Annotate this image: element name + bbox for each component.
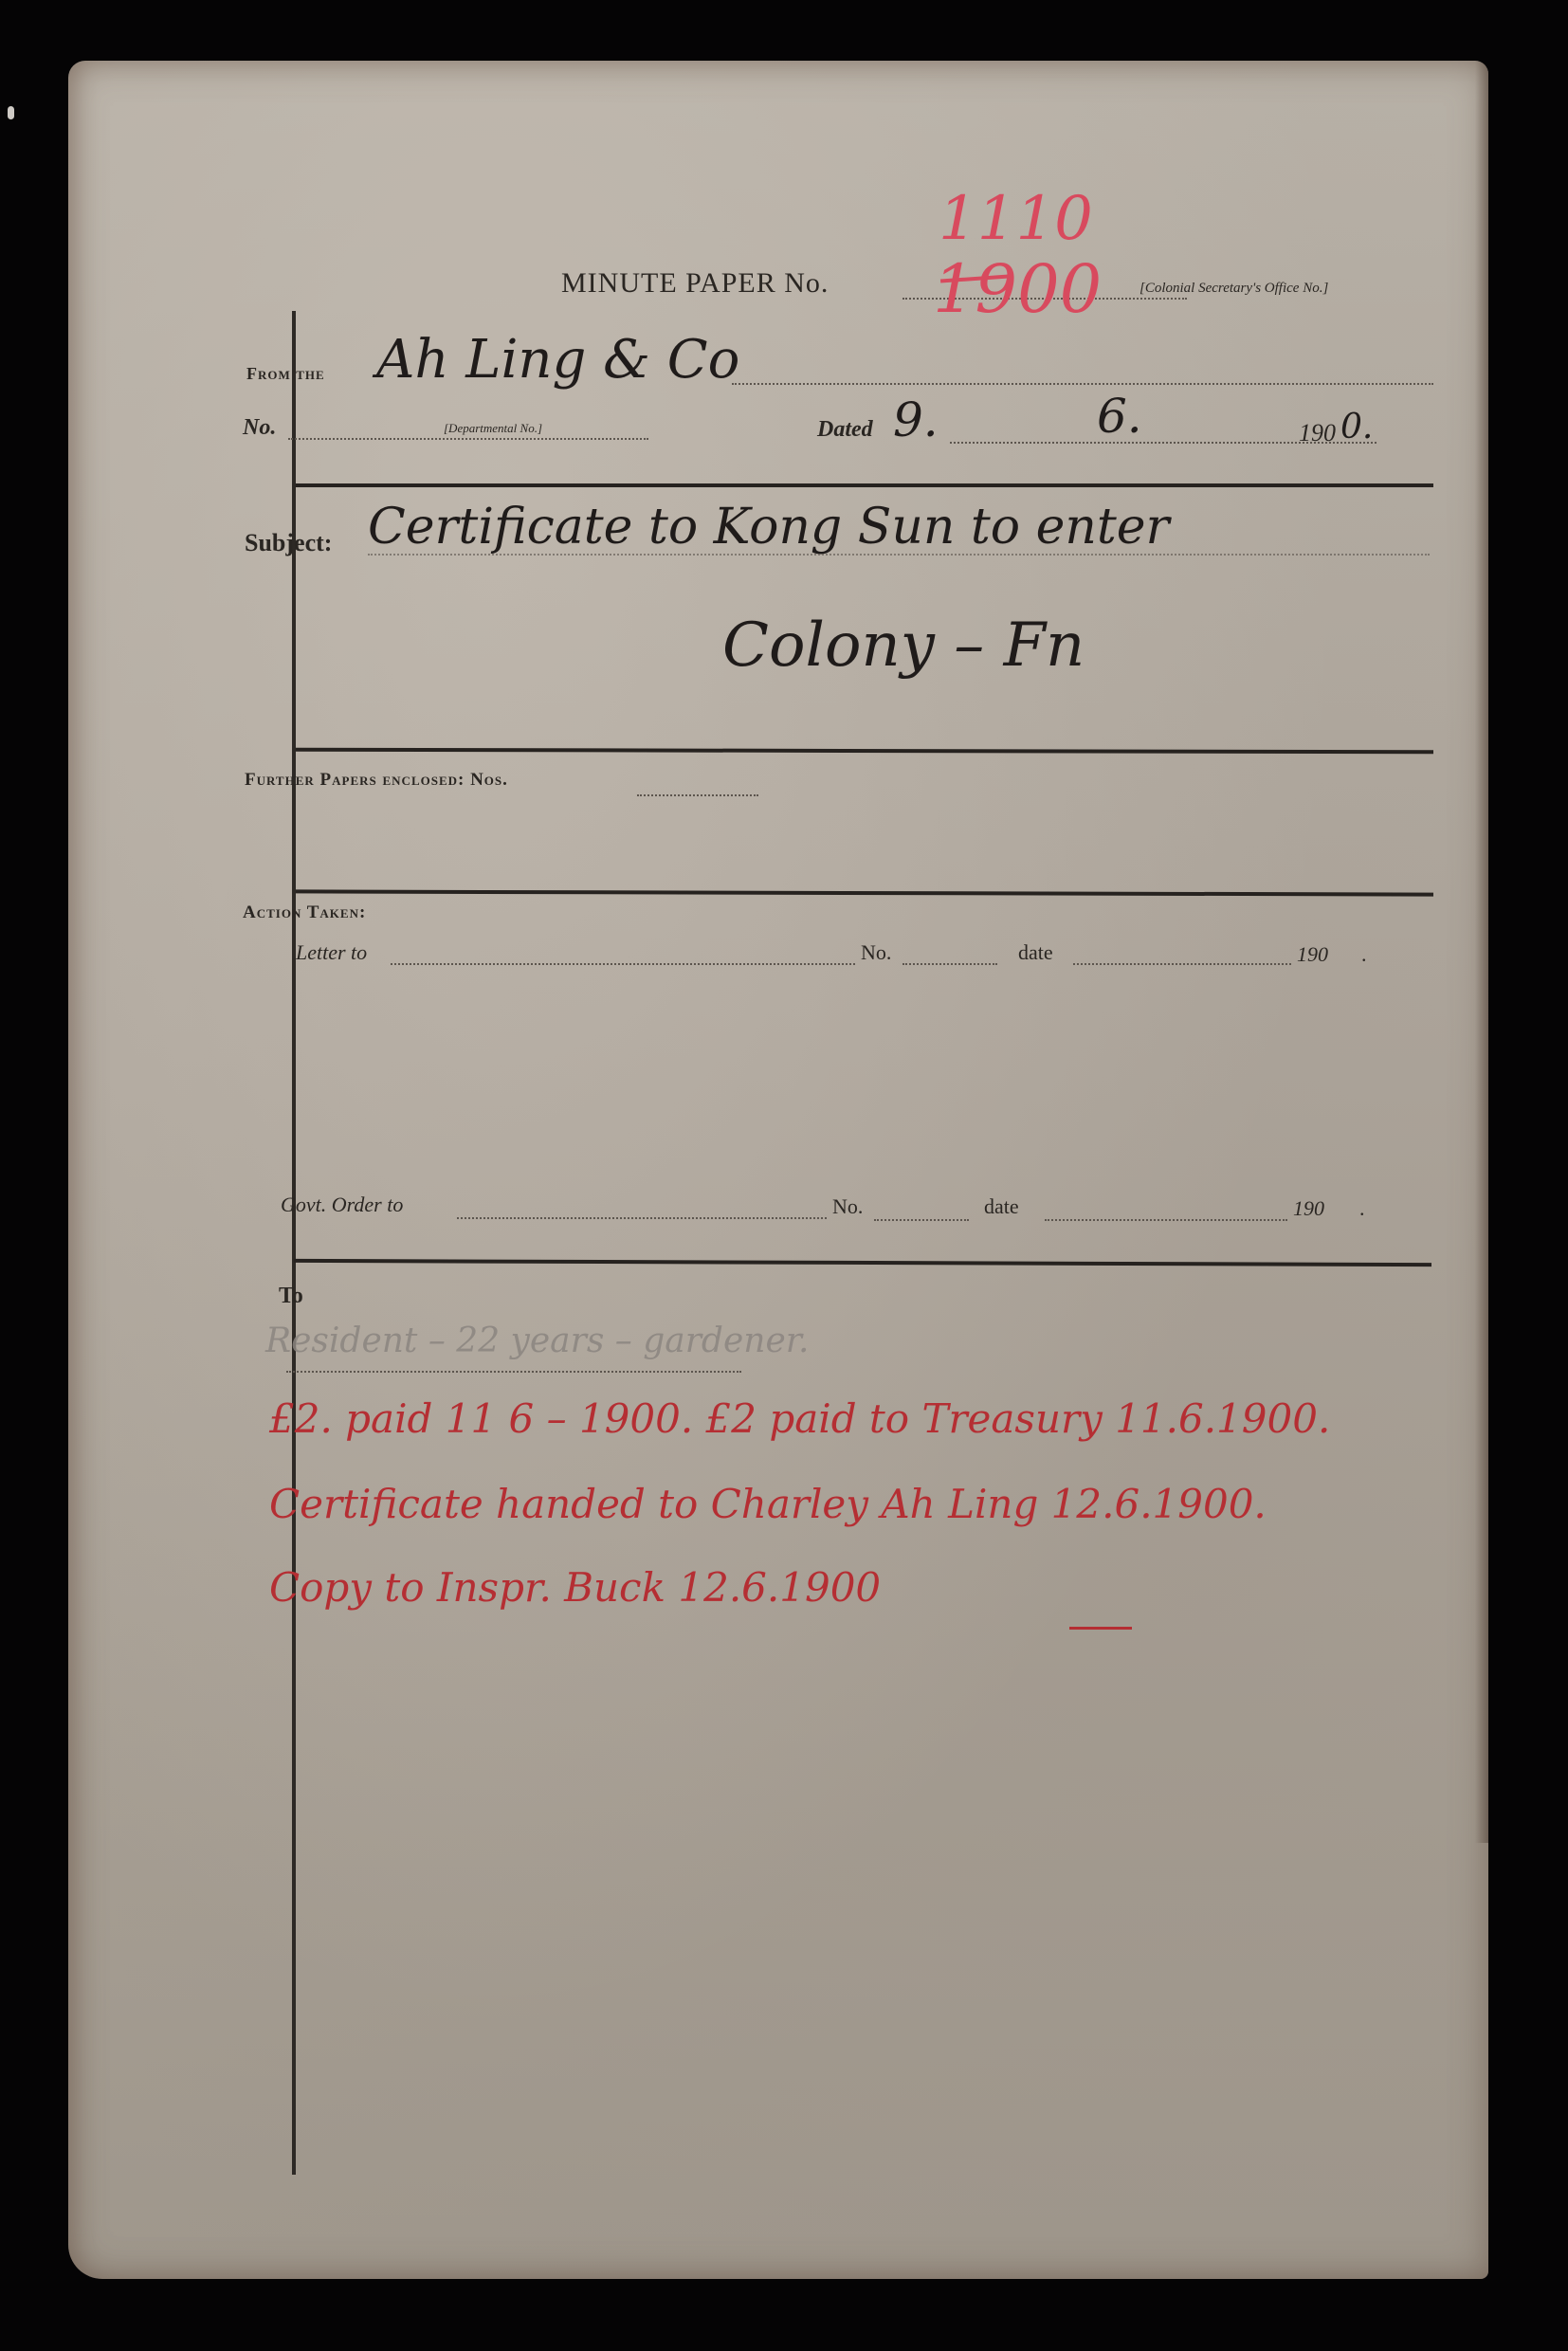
govt-order-year: 190: [1293, 1196, 1324, 1221]
from-line: [732, 383, 1433, 385]
dated-year-prefix: 190: [1299, 419, 1336, 447]
subject-line-2: Colony – Fn: [722, 611, 1085, 681]
govt-order-line: [457, 1217, 827, 1219]
letter-year: 190: [1297, 942, 1328, 967]
govt-order-date-line: [1045, 1219, 1287, 1221]
subject-line-rule: [368, 554, 1430, 556]
divider-after-header: [296, 483, 1433, 487]
red-year-underline: [1069, 1627, 1132, 1630]
from-label: From the: [246, 364, 325, 384]
subject-label: Subject:: [245, 529, 332, 557]
number-line: [288, 438, 648, 440]
red-note-payment: £2. paid 11 6 – 1900. £2 paid to Treasur…: [269, 1395, 1330, 1442]
letter-date-line: [1073, 963, 1291, 965]
dated-year-suffix: 0.: [1340, 408, 1373, 447]
letter-date-label: date: [1018, 940, 1053, 965]
further-papers-line: [637, 794, 758, 796]
govt-order-end: .: [1359, 1196, 1365, 1221]
action-taken-label: Action Taken:: [243, 902, 366, 923]
govt-order-label: Govt. Order to: [281, 1193, 403, 1217]
number-label: No.: [243, 415, 276, 441]
photo-stage: MINUTE PAPER No. 1110 1900 [Colonial Sec…: [0, 0, 1568, 2351]
office-number-note: [Colonial Secretary's Office No.]: [1140, 281, 1328, 297]
minute-number-numerator: 1110: [939, 184, 1093, 254]
left-margin-rule: [292, 311, 296, 2175]
divider-after-subject: [296, 748, 1433, 755]
form-title: MINUTE PAPER No.: [561, 267, 829, 300]
dated-label: Dated: [817, 417, 873, 443]
letter-to-line: [391, 963, 855, 965]
to-pencil-note: Resident – 22 years – gardener.: [265, 1321, 809, 1360]
dated-day: 9.: [893, 392, 939, 447]
to-line: [286, 1371, 741, 1373]
divider-after-further-papers: [296, 889, 1433, 896]
govt-order-no-label: No.: [832, 1194, 863, 1219]
red-note-certificate-handed: Certificate handed to Charley Ah Ling 12…: [269, 1481, 1267, 1527]
red-note-copy-to-inspector: Copy to Inspr. Buck 12.6.1900: [269, 1564, 881, 1611]
departmental-number-note: [Departmental No.]: [444, 421, 542, 436]
further-papers-label: Further Papers enclosed: Nos.: [245, 770, 508, 791]
stray-mark: [8, 106, 14, 119]
govt-order-no-line: [874, 1219, 969, 1221]
minute-paper-sheet: MINUTE PAPER No. 1110 1900 [Colonial Sec…: [68, 61, 1488, 2279]
subject-line-1: Certificate to Kong Sun to enter: [368, 499, 1169, 556]
letter-to-label: Letter to: [296, 940, 367, 965]
letter-end: .: [1361, 942, 1367, 967]
minute-number-denominator: 1900: [933, 250, 1102, 328]
divider-after-action: [294, 1259, 1431, 1267]
to-label: To: [279, 1284, 303, 1309]
letter-no-label: No.: [861, 940, 891, 965]
letter-no-line: [903, 963, 997, 965]
govt-order-date-label: date: [984, 1194, 1019, 1219]
from-value: Ah Ling & Co: [376, 329, 739, 391]
dated-month: 6.: [1097, 389, 1142, 444]
